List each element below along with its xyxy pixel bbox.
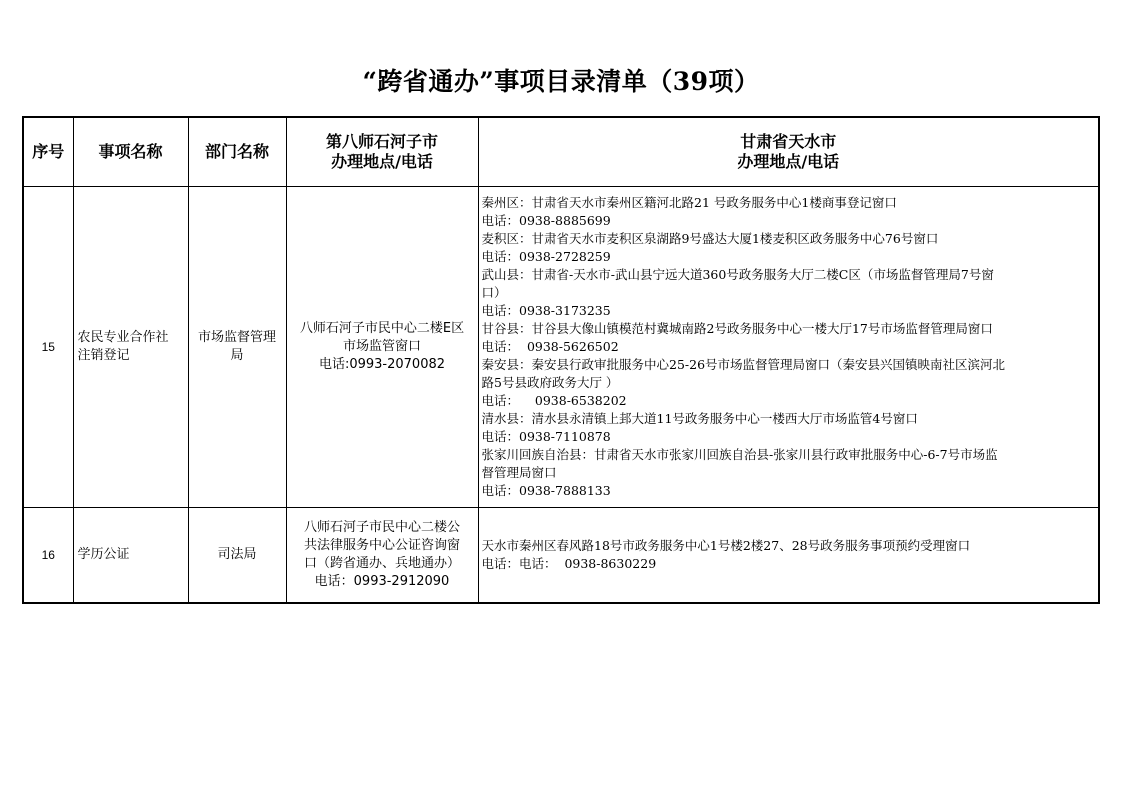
text-line: 路5号县政府政务大厅 ） [482, 374, 1099, 392]
row-remote-location: 天水市秦州区春风路18号市政务服务中心1号楼2楼27、28号政务服务事项预约受理… [478, 508, 1099, 604]
header-local-line: 办理地点/电话 [287, 152, 478, 172]
text-line: 八师石河子市民中心二楼E区 [291, 320, 474, 338]
text-line: 电话：0938-3173235 [482, 302, 1099, 320]
text-line: 电话：0993-2912090 [291, 573, 474, 591]
text-line: 电话：0938-8885699 [482, 212, 1099, 230]
text-line: 电话：0938-7888133 [482, 482, 1099, 500]
text-line: 张家川回族自治县：甘肃省天水市张家川回族自治县-张家川县行政审批服务中心-6-7… [482, 446, 1099, 464]
text-line: 清水县：清水县永清镇上邽大道11号政务服务中心一楼西大厅市场监管4号窗口 [482, 410, 1099, 428]
row-local-location: 八师石河子市民中心二楼E区 市场监管窗口 电话:0993-2070082 [286, 187, 478, 508]
text-line: 秦州区：甘肃省天水市秦州区籍河北路21 号政务服务中心1楼商事登记窗口 [482, 194, 1099, 212]
row-dept-name: 司法局 [188, 508, 286, 604]
row-no: 15 [23, 187, 73, 508]
row-local-location: 八师石河子市民中心二楼公 共法律服务中心公证咨询窗 口（跨省通办、兵地通办） 电… [286, 508, 478, 604]
text-line: 秦安县：秦安县行政审批服务中心25-26号市场监督管理局窗口（秦安县兴国镇映南社… [482, 356, 1099, 374]
text-line: 共法律服务中心公证咨询窗 [291, 537, 474, 555]
text-line: 注销登记 [78, 347, 188, 365]
text-line: 口（跨省通办、兵地通办） [291, 555, 474, 573]
text-line: 市场监督管理 [192, 329, 283, 347]
header-remote-line: 办理地点/电话 [479, 152, 1099, 172]
text-line: 督管理局窗口 [482, 464, 1099, 482]
text-line: 市场监管窗口 [291, 338, 474, 356]
text-line: 学历公证 [78, 546, 188, 564]
row-item-name: 学历公证 [73, 508, 188, 604]
header-item-name: 事项名称 [73, 117, 188, 187]
text-line: 电话： 0938-6538202 [482, 392, 1099, 410]
text-line: 司法局 [192, 546, 283, 564]
table-row: 15 农民专业合作社 注销登记 市场监督管理 局 八师石河子市民中心二楼E区 市… [23, 187, 1099, 508]
text-line: 电话：0938-7110878 [482, 428, 1099, 446]
document-title: “跨省通办”事项目录清单（39项） [0, 62, 1122, 98]
text-line: 武山县：甘肃省-天水市-武山县宁远大道360号政务服务大厅二楼C区（市场监督管理… [482, 266, 1099, 284]
row-no: 16 [23, 508, 73, 604]
header-remote-line: 甘肃省天水市 [479, 132, 1099, 152]
row-item-name: 农民专业合作社 注销登记 [73, 187, 188, 508]
text-line: 电话：0938-2728259 [482, 248, 1099, 266]
text-line: 局 [192, 347, 283, 365]
text-line: 麦积区：甘肃省天水市麦积区泉湖路9号盛达大厦1楼麦积区政务服务中心76号窗口 [482, 230, 1099, 248]
row-dept-name: 市场监督管理 局 [188, 187, 286, 508]
text-line: 口） [482, 284, 1099, 302]
row-remote-location: 秦州区：甘肃省天水市秦州区籍河北路21 号政务服务中心1楼商事登记窗口 电话：0… [478, 187, 1099, 508]
header-remote-location: 甘肃省天水市 办理地点/电话 [478, 117, 1099, 187]
text-line: 八师石河子市民中心二楼公 [291, 519, 474, 537]
header-local-line: 第八师石河子市 [287, 132, 478, 152]
table-header-row: 序号 事项名称 部门名称 第八师石河子市 办理地点/电话 甘肃省天水市 办理地点… [23, 117, 1099, 187]
header-local-location: 第八师石河子市 办理地点/电话 [286, 117, 478, 187]
header-no: 序号 [23, 117, 73, 187]
service-list-table: 序号 事项名称 部门名称 第八师石河子市 办理地点/电话 甘肃省天水市 办理地点… [22, 116, 1100, 604]
text-line: 电话：电话： 0938-8630229 [482, 555, 1099, 573]
header-dept-name: 部门名称 [188, 117, 286, 187]
table-row: 16 学历公证 司法局 八师石河子市民中心二楼公 共法律服务中心公证咨询窗 口（… [23, 508, 1099, 604]
text-line: 甘谷县：甘谷县大像山镇模范村冀城南路2号政务服务中心一楼大厅17号市场监督管理局… [482, 320, 1099, 338]
text-line: 电话:0993-2070082 [291, 356, 474, 374]
text-line: 电话： 0938-5626502 [482, 338, 1099, 356]
text-line: 天水市秦州区春风路18号市政务服务中心1号楼2楼27、28号政务服务事项预约受理… [482, 537, 1099, 555]
text-line: 农民专业合作社 [78, 329, 188, 347]
